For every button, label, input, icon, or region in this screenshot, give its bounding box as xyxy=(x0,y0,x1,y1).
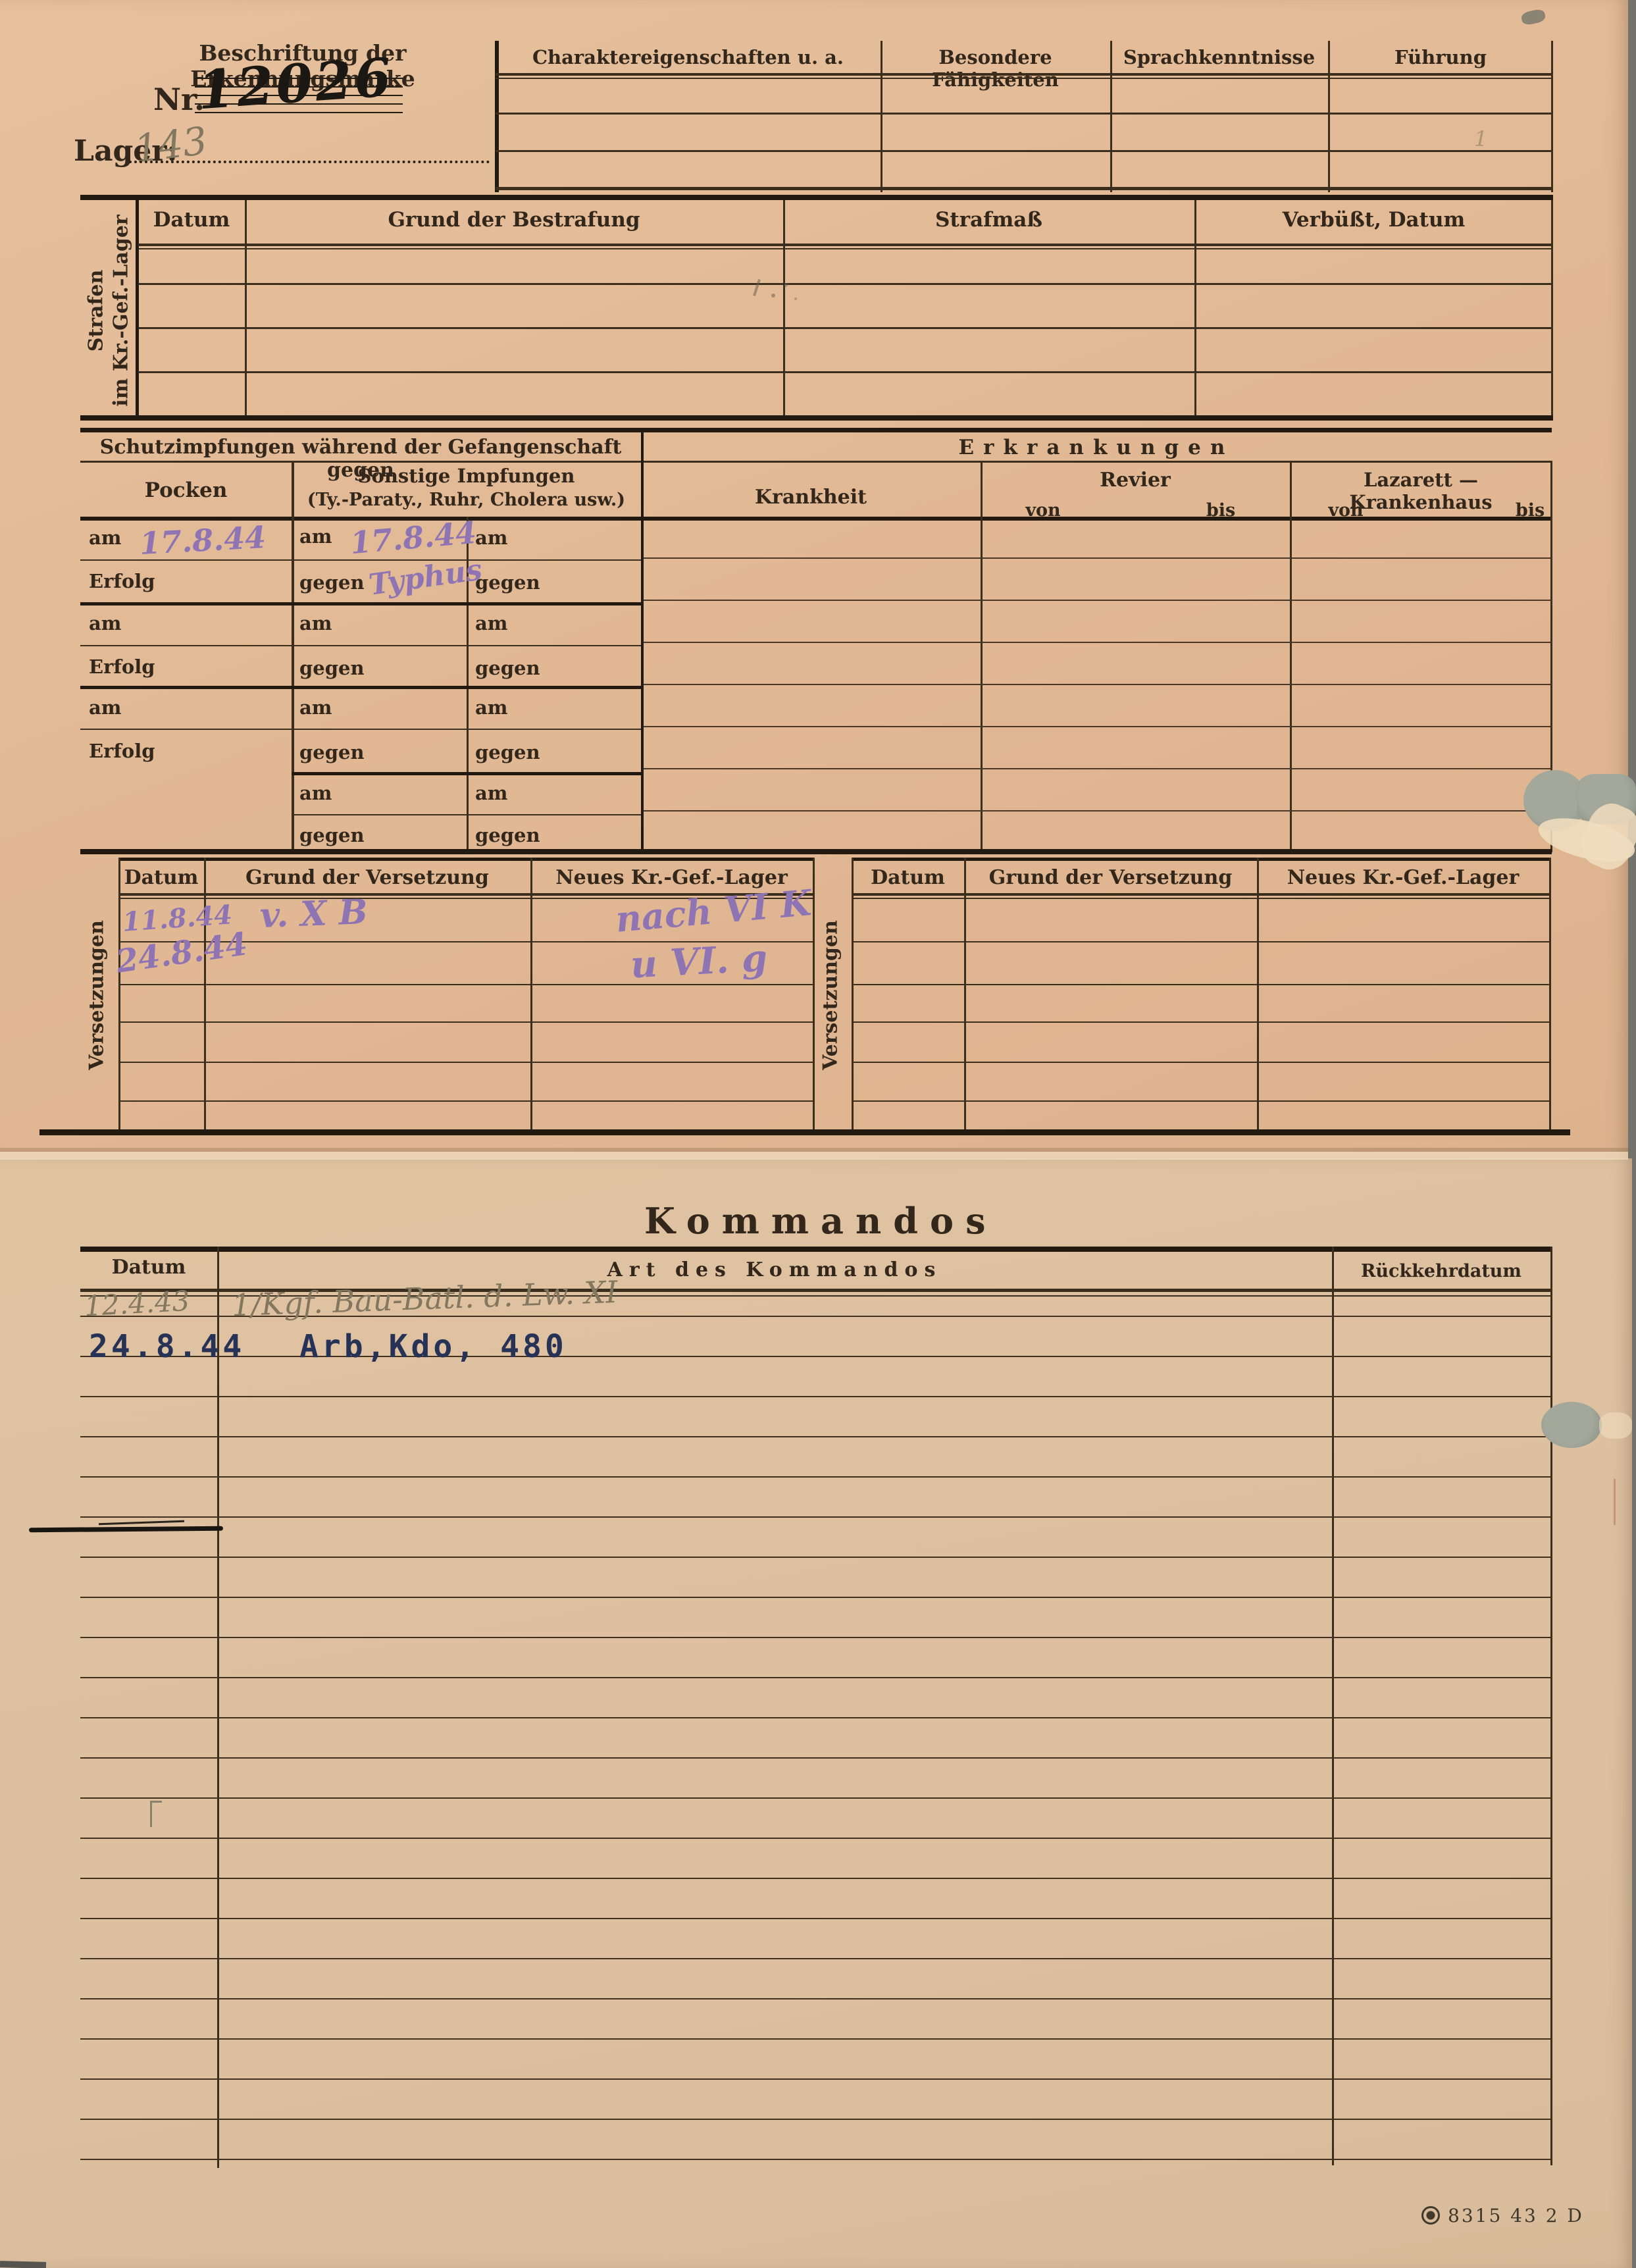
verstz-right-col-grund: Grund der Versetzung xyxy=(964,866,1257,889)
row-rule xyxy=(138,283,1553,285)
row-rule xyxy=(138,371,1553,373)
sonstige-label-2: (Ty.-Paraty., Ruhr, Cholera usw.) xyxy=(292,490,641,511)
am-label: am xyxy=(89,612,148,634)
am-label: am xyxy=(299,696,359,719)
verstz-header-rule xyxy=(852,898,1549,899)
erfolg-label: Erfolg xyxy=(89,740,181,762)
section-bottom-rule xyxy=(80,849,1552,854)
row-rule xyxy=(852,941,1549,942)
print-code: 8315 43 2 D xyxy=(1448,2205,1612,2227)
pencil-tick xyxy=(150,1801,162,1803)
header-table-bottom-rule xyxy=(496,187,1553,190)
header-rule xyxy=(496,73,1553,76)
section-rule-thick xyxy=(80,428,1552,432)
gegen-label: gegen xyxy=(299,571,378,594)
row-rule xyxy=(138,327,1553,329)
lager-dotted-line xyxy=(129,138,490,163)
col-divider xyxy=(1328,41,1330,192)
strafen-col-verbuesst: Verbüßt, Datum xyxy=(1194,208,1553,232)
am-label: am xyxy=(299,782,359,804)
col-divider xyxy=(245,200,247,417)
am-label: am xyxy=(475,782,534,804)
kommandos-col-datum: Datum xyxy=(80,1256,217,1279)
col-divider xyxy=(530,858,532,1131)
kommandos-top-rule xyxy=(80,1247,1550,1252)
am-label: am xyxy=(475,527,534,549)
verstz-row2-neues: u VI. g xyxy=(629,937,768,987)
gegen-label: gegen xyxy=(299,824,378,846)
row-rule xyxy=(118,1062,813,1063)
col-sprachkenntnisse: Sprachkenntnisse xyxy=(1110,46,1328,68)
am-label: am xyxy=(299,612,359,634)
row-rule xyxy=(496,150,1553,152)
verstz-right-top-rule xyxy=(852,858,1549,861)
row-rule xyxy=(852,1100,1549,1102)
gegen-label: gegen xyxy=(299,657,378,679)
strafen-col-strafmass: Strafmaß xyxy=(783,208,1194,232)
strafen-col-grund: Grund der Bestrafung xyxy=(245,208,783,232)
verstz-header-rule xyxy=(852,893,1549,896)
erfolg-label: Erfolg xyxy=(89,656,181,678)
punch-hole-lower xyxy=(1541,1402,1602,1448)
kommandos-row1-datum: 12.4.43 xyxy=(84,1285,191,1322)
strafen-side-label-line1: Strafen xyxy=(84,215,109,406)
col-divider xyxy=(1110,41,1112,192)
row-rule xyxy=(496,113,1553,115)
col-besondere-faehigkeiten: Besondere Fähigkeiten xyxy=(881,46,1110,91)
row-rule xyxy=(118,984,813,985)
row-rule xyxy=(80,729,641,730)
erfolg-label: Erfolg xyxy=(89,570,181,592)
gegen-label: gegen xyxy=(475,824,554,846)
gegen-label: gegen xyxy=(475,741,554,763)
strafen-side-label-line2: im Kr.-Gef.-Lager xyxy=(109,215,134,406)
gegen-label: gegen xyxy=(475,657,554,679)
row-rule xyxy=(852,1021,1549,1023)
gegen-label: gegen xyxy=(475,571,554,594)
sonstige-label-1: Sonstige Impfungen xyxy=(292,465,641,487)
row-rule xyxy=(852,984,1549,985)
col-divider xyxy=(118,858,120,1131)
row-rule xyxy=(852,1062,1549,1063)
upper-half-bottom-rule xyxy=(39,1129,1570,1135)
col-divider xyxy=(813,858,815,1131)
gegen-label: gegen xyxy=(299,741,378,763)
col-divider xyxy=(783,200,785,417)
strafen-bottom-rule xyxy=(80,415,1553,421)
kommandos-row2-art: Arb,Kdo, 480 xyxy=(299,1328,567,1365)
am-label: am xyxy=(89,696,148,719)
col-divider xyxy=(1194,200,1196,417)
row-rule xyxy=(80,645,641,646)
ink-smudge xyxy=(771,294,775,297)
group-rule xyxy=(80,686,641,689)
revier-label: Revier xyxy=(981,469,1290,492)
col-divider xyxy=(1550,1247,1552,2165)
ink-smudge xyxy=(794,297,797,300)
versetzungen-side-label-left: Versetzungen xyxy=(84,920,109,1070)
row-rule xyxy=(118,1100,813,1102)
col-divider xyxy=(1551,41,1553,192)
am-label: am xyxy=(475,696,534,719)
red-crease-mark xyxy=(1614,1479,1616,1525)
strafen-header-rule xyxy=(138,244,1553,246)
col-divider xyxy=(1551,200,1553,417)
kommandos-title: Kommandos xyxy=(644,1200,973,1243)
fold-crease-highlight xyxy=(0,1152,1628,1160)
tear-highlight xyxy=(1599,1412,1632,1439)
header-rule xyxy=(496,78,1553,79)
kommandos-row-rules xyxy=(80,1277,1550,2162)
verstz-left-top-rule xyxy=(118,858,813,861)
sprachkenntnisse-faint-mark: 1 xyxy=(1474,126,1487,151)
scanned-pow-card: { "header": { "erkennungsmarke_label": "… xyxy=(0,0,1636,2268)
pencil-tick xyxy=(150,1801,152,1827)
subheader-rule xyxy=(80,461,1552,463)
strafen-col-datum: Datum xyxy=(138,208,245,232)
col-divider xyxy=(964,858,966,1131)
ink-smudge xyxy=(784,283,788,287)
krankheit-label: Krankheit xyxy=(641,486,981,509)
printer-emblem-icon xyxy=(1421,2206,1440,2225)
versetzungen-side-label-right: Versetzungen xyxy=(818,920,843,1070)
col-fuehrung: Führung xyxy=(1328,46,1553,68)
col-divider xyxy=(881,41,882,192)
row-rule xyxy=(118,1021,813,1023)
col-divider xyxy=(852,858,854,1131)
group-rule xyxy=(292,772,641,775)
group-rule xyxy=(80,602,641,606)
col-divider xyxy=(1257,858,1259,1131)
kommandos-row2-datum: 24.8.44 xyxy=(89,1328,245,1365)
col-charaktereigenschaften: Charaktereigenschaften u. a. xyxy=(496,46,881,68)
col-divider xyxy=(1549,858,1551,1131)
pocken-label: Pocken xyxy=(80,478,292,503)
pocken-am-entry: 17.8.44 xyxy=(139,519,267,561)
verstz-row1-grund: v. X B xyxy=(259,892,369,936)
verstz-left-col-datum: Datum xyxy=(118,866,204,889)
col-divider xyxy=(292,461,294,852)
verstz-right-col-datum: Datum xyxy=(852,866,964,889)
section-rule-thick xyxy=(80,195,1553,200)
am-label: am xyxy=(475,612,534,634)
erkrankungen-row-rules xyxy=(644,517,1552,851)
strafen-header-rule xyxy=(138,248,1553,249)
col-divider xyxy=(204,858,206,1131)
verstz-left-col-grund: Grund der Versetzung xyxy=(204,866,530,889)
row-rule xyxy=(292,814,641,815)
verstz-right-col-neues: Neues Kr.-Gef.-Lager xyxy=(1257,866,1549,889)
erkrankungen-title: Erkrankungen xyxy=(641,436,1552,460)
bottom-edge-shadow xyxy=(0,2261,46,2268)
strafen-side-label: Strafen im Kr.-Gef.-Lager xyxy=(84,215,134,406)
